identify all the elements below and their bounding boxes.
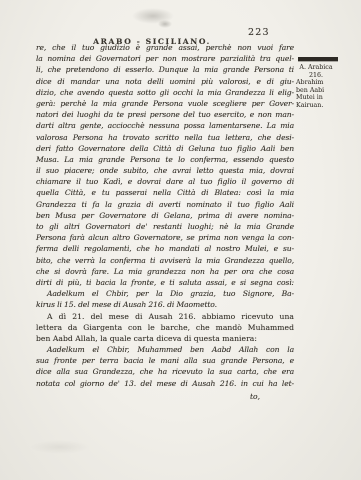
text-line: re, che il tuo giudizio è grande assai, … xyxy=(36,42,294,53)
margin-note-line: 216. xyxy=(296,72,336,80)
body-text: re, che il tuo giudizio è grande assai, … xyxy=(36,42,294,389)
text-line: dizio, che avendo questa sotto gli occhi… xyxy=(36,87,294,98)
text-line: il suo piacere; onde subito, che avrai l… xyxy=(36,165,294,176)
text-line: notata col giorno de' 13. del mese di Au… xyxy=(36,378,294,389)
text-line: dirti di più, ti bacia la fronte, e ti s… xyxy=(36,277,294,288)
page-number: 223 xyxy=(248,27,270,38)
text-line: quella Città, e tu passerai nella Città … xyxy=(36,187,294,198)
text-line: sua fronte per terra bacia le mani alla … xyxy=(36,355,294,366)
text-line: chiamare il tuo Kadì, e dovrai dare al t… xyxy=(36,176,294,187)
text-line: ferma delli regolamenti, che ho mandati … xyxy=(36,243,294,254)
text-line: A dì 21. del mese di Ausah 216. abbiamo … xyxy=(36,311,294,322)
text-line: dice alla sua Grandezza, che ha ricevuto… xyxy=(36,366,294,377)
text-line: li, che pretendono di esserlo. Dunque la… xyxy=(36,64,294,75)
margin-note-lines: A. Arabica216.Abrahimben AabiMutei inKai… xyxy=(296,64,346,109)
text-line: gerà: perchè la mia grande Persona vuole… xyxy=(36,98,294,109)
text-line: la nomina dei Governatori per non mostra… xyxy=(36,53,294,64)
margin-note-line: ben Aabi xyxy=(296,87,346,95)
margin-note-line: A. Arabica xyxy=(296,64,336,72)
text-line: che si dovrà fare. La mia grandezza non … xyxy=(36,266,294,277)
text-line: Aadelkum el Chbir, per la Dio grazia, tu… xyxy=(36,288,294,299)
text-line: kirus li 15. del mese di Ausah 216. di M… xyxy=(36,299,294,310)
ink-smudge xyxy=(158,20,172,28)
text-line: Grandezza ti fa la grazia di averti nomi… xyxy=(36,199,294,210)
margin-note: A. Arabica216.Abrahimben AabiMutei inKai… xyxy=(296,57,346,109)
margin-rule xyxy=(298,57,338,61)
text-line: to gli altri Governatori de' restanti lu… xyxy=(36,221,294,232)
catchword: to, xyxy=(36,392,260,401)
margin-note-line: Mutei in xyxy=(296,94,346,102)
text-line: bito, che verrà la conferma ti avviserà … xyxy=(36,255,294,266)
text-line: natori dei luoghi da te presi persone de… xyxy=(36,109,294,120)
margin-note-line: Kairuan. xyxy=(296,102,346,110)
text-line: darti altra gente, acciocchè nessuna pos… xyxy=(36,120,294,131)
text-line: valorosa Persona ha trovato scritto nell… xyxy=(36,132,294,143)
text-line: Aadelkum el Chbir, Muhammed ben Aabd All… xyxy=(36,344,294,355)
text-line: Persona farà alcun altro Governatore, se… xyxy=(36,232,294,243)
ink-smudge xyxy=(132,8,174,24)
text-line: Musa. La mia grande Persona te lo confer… xyxy=(36,154,294,165)
text-line: lettera da Giargenta con le barche, che … xyxy=(36,322,294,333)
margin-note-line: Abrahim xyxy=(296,79,346,87)
text-line: ben Musa per Governatore di Gelana, prim… xyxy=(36,210,294,221)
text-line: deri fatto Governatore della Città di Ge… xyxy=(36,143,294,154)
scanned-book-page: ARABO - SICILIANO. 223 re, che il tuo gi… xyxy=(0,0,361,480)
text-line: dice di mandar una nota delli uomini più… xyxy=(36,76,294,87)
text-line: ben Aabd Allah, la quale carta diceva di… xyxy=(36,333,294,344)
ink-smudge xyxy=(30,440,90,454)
